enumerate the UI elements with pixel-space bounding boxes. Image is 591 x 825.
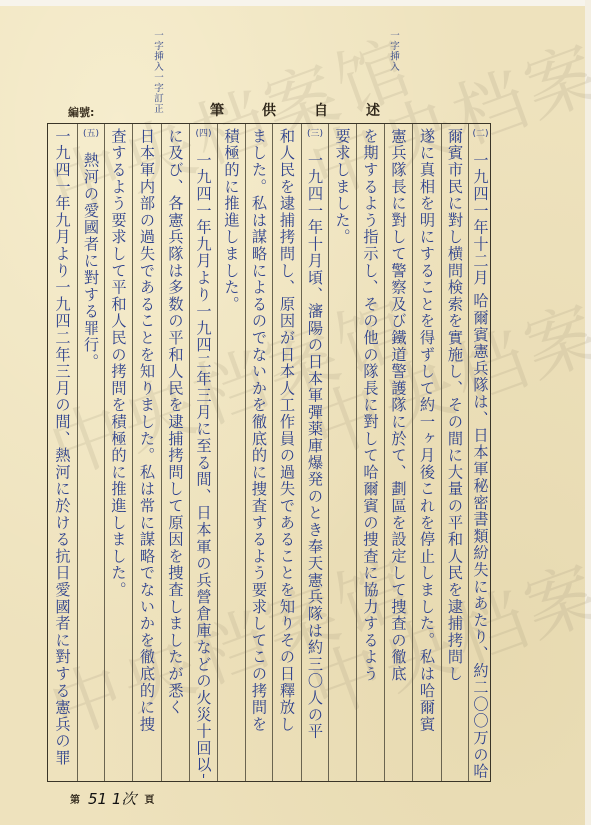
handwritten-line: 要求しました。 [329,128,356,778]
handwritten-line: 熱河の愛國者に對する罪行。 [78,128,104,778]
handwritten-line: 遂に真相を明にすることを得ずして約一ヶ月後これを停止しました。私は哈爾賓 [413,128,441,778]
manuscript-column: (二)一九四一年十二月 哈爾賓憲兵隊は、日本軍秘密書類紛失にあたり、約二〇〇万の… [468,124,492,781]
manuscript-column: (四)一九四一年九月より一九四二年三月に至る間、日本軍の兵營倉庫などの火災十回以… [189,124,217,781]
margin-note-insertion: 一字挿入 [386,30,400,72]
handwritten-line: 一九四一年十二月 哈爾賓憲兵隊は、日本軍秘密書類紛失にあたり、約二〇〇万の哈 [469,128,492,778]
manuscript-column: 遂に真相を明にすることを得ずして約一ヶ月後これを停止しました。私は哈爾賓 [412,124,441,781]
handwritten-line: 日本軍内部の過失であることを知りました。私は常に謀略でないかを徹底的に捜 [133,128,161,778]
scan-edge-right [585,0,591,825]
manuscript-column: 憲兵隊長に對して警察及び鐵道警護隊に於て、劃區を設定して捜査の徹底 [384,124,412,781]
manuscript-column: 日本軍内部の過失であることを知りました。私は常に謀略でないかを徹底的に捜 [132,124,161,781]
handwritten-line: に及び、各憲兵隊は多数の平和人民を逮捕拷問して原因を捜査しましたが悉く [162,128,189,778]
handwritten-line: ました。私は謀略によるのでないかを徹底的に捜査するよう要求してこの拷問を [246,128,272,778]
title-char: 自 [314,100,328,120]
handwritten-line: 一九四一年十月頃、瀋陽の日本軍彈薬庫爆発のとき奉天憲兵隊は約三〇人の平 [302,128,328,778]
handwritten-line: 積極的に推進しました。 [218,128,245,778]
handwritten-line: 査するよう要求して平和人民の拷問を積極的に推進しました。 [105,128,132,778]
handwritten-line: 一九四一年九月より一九四二年三月の間、熱河に於ける抗日愛國者に對する憲兵の罪 [48,128,77,778]
manuscript-column: 要求しました。 [328,124,356,781]
manuscript-column: 和人民を逮捕拷問し、原因が日本人工作員の過失であることを知りその日釋放し [272,124,301,781]
scan-edge-top [0,0,591,6]
handwritten-line: 和人民を逮捕拷問し、原因が日本人工作員の過失であることを知りその日釋放し [273,128,301,778]
manuscript-column: (三)一九四一年十月頃、瀋陽の日本軍彈薬庫爆発のとき奉天憲兵隊は約三〇人の平 [301,124,328,781]
manuscript-column: に及び、各憲兵隊は多数の平和人民を逮捕拷問して原因を捜査しましたが悉く [161,124,189,781]
form-header: 編號: 筆 供 自 述 [68,100,488,122]
page-label-prefix: 第 [70,791,80,806]
document-page: 中央档案馆 中央档案馆 中央档案馆 中央档案馆 中央档案馆 中央档案馆 一字挿入… [0,0,591,825]
manuscript-column: ました。私は謀略によるのでないかを徹底的に捜査するよう要求してこの拷問を [245,124,272,781]
manuscript-grid: (二)一九四一年十二月 哈爾賓憲兵隊は、日本軍秘密書類紛失にあたり、約二〇〇万の… [47,123,491,782]
manuscript-column: 積極的に推進しました。 [217,124,245,781]
page-number: 第 51 1次 頁 [70,788,154,808]
page-number-value: 51 1次 [88,788,136,809]
handwritten-line: を期するよう指示し、その他の隊長に對して哈爾賓の捜査に協力するよう [357,128,384,778]
page-label-suffix: 頁 [144,791,154,806]
handwritten-line: 爾賓市民に對し横問検索を實施し、その間に大量の平和人民を逮捕拷問し [442,128,468,778]
title-char: 筆 [210,100,224,120]
title-char: 供 [262,100,276,120]
manuscript-column: 一九四一年九月より一九四二年三月の間、熱河に於ける抗日愛國者に對する憲兵の罪 [48,124,77,781]
number-label: 編號: [68,104,94,120]
manuscript-column: を期するよう指示し、その他の隊長に對して哈爾賓の捜査に協力するよう [356,124,384,781]
title-char: 述 [366,100,380,120]
manuscript-column: 査するよう要求して平和人民の拷問を積極的に推進しました。 [104,124,132,781]
manuscript-column: (五)熱河の愛國者に對する罪行。 [77,124,104,781]
manuscript-column: 爾賓市民に對し横問検索を實施し、その間に大量の平和人民を逮捕拷問し [441,124,468,781]
handwritten-line: 一九四一年九月より一九四二年三月に至る間、日本軍の兵營倉庫などの火災十回以上 [190,128,217,778]
handwritten-line: 憲兵隊長に對して警察及び鐵道警護隊に於て、劃區を設定して捜査の徹底 [385,128,412,778]
